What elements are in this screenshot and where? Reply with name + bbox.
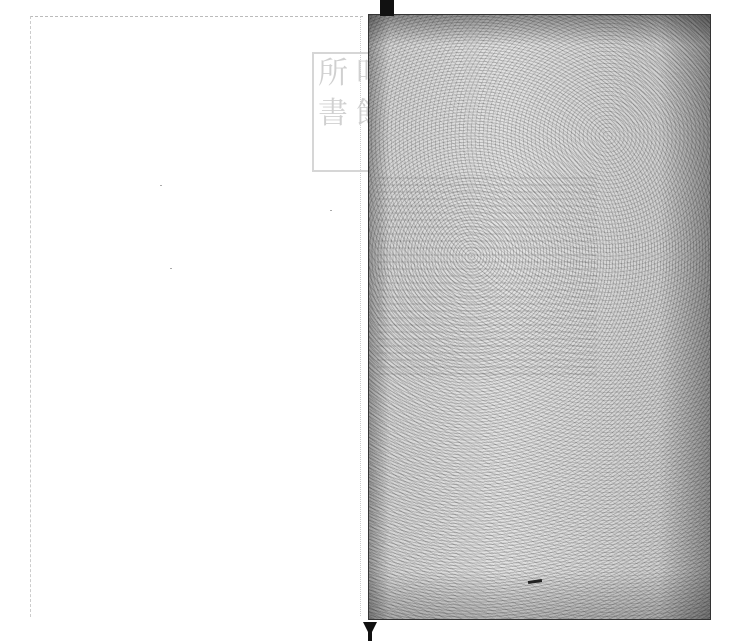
- bookmark-ribbon-top: [380, 0, 394, 16]
- seal-char: 書: [314, 94, 352, 134]
- paper-speck: [160, 185, 162, 186]
- paper-speck: [330, 210, 332, 211]
- seal-char: 所: [314, 54, 352, 94]
- cover-texture-region: [377, 175, 597, 375]
- paper-speck: [170, 268, 172, 269]
- bookmark-ribbon-stem: [368, 632, 372, 641]
- book-cover: [368, 14, 711, 620]
